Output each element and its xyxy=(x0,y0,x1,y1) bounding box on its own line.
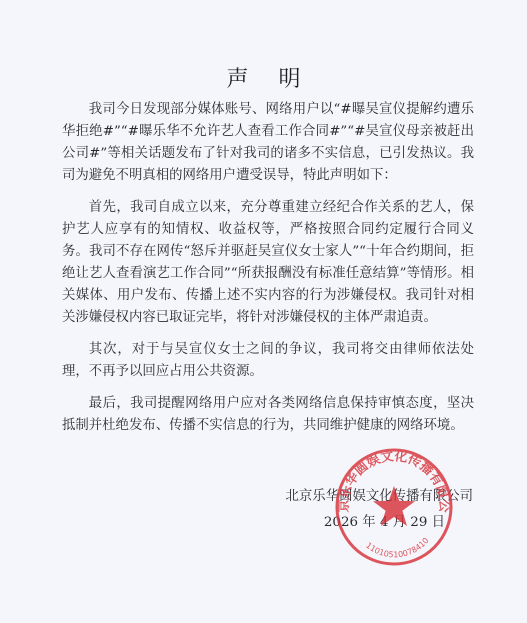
statement-document: 声明 我司今日发现部分媒体账号、网络用户以“#曝吴宣仪提解约遭乐华拒绝#”“#曝… xyxy=(0,0,527,623)
stamp-number: 11010510078410 xyxy=(364,536,431,559)
signature-company: 北京乐华圆娱文化传播有限公司 xyxy=(0,486,473,508)
document-body: 我司今日发现部分媒体账号、网络用户以“#曝吴宣仪提解约遭乐华拒绝#”“#曝乐华不… xyxy=(62,99,474,447)
document-title: 声明 xyxy=(0,66,527,94)
paragraph-first: 首先，我司自成立以来，充分尊重建立经纪合作关系的艺人，保护艺人应享有的知情权、收… xyxy=(62,197,474,329)
svg-text:11010510078410: 11010510078410 xyxy=(364,536,431,559)
signature-block: 北京乐华圆娱文化传播有限公司 2026 年 4 月 29 日 xyxy=(0,486,473,534)
paragraph-second: 其次，对于与吴宣仪女士之间的争议，我司将交由律师依法处理，不再予以回应占用公共资… xyxy=(62,339,474,383)
paragraph-intro: 我司今日发现部分媒体账号、网络用户以“#曝吴宣仪提解约遭乐华拒绝#”“#曝乐华不… xyxy=(62,99,474,187)
paragraph-last: 最后，我司提醒网络用户应对各类网络信息保持审慎态度，坚决抵制并杜绝发布、传播不实… xyxy=(62,393,474,437)
signature-date: 2026 年 4 月 29 日 xyxy=(0,512,473,534)
